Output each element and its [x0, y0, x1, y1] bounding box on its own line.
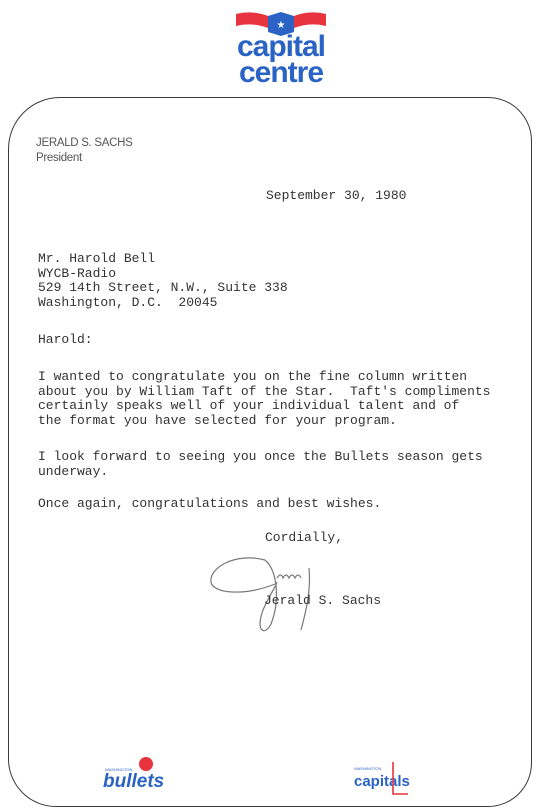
paragraph-line: I look forward to seeing you once the Bu…	[38, 450, 483, 465]
paragraph-line: about you by William Taft of the Star. T…	[38, 385, 490, 400]
paragraph-2: I look forward to seeing you once the Bu…	[38, 450, 483, 479]
recipient-address: Mr. Harold BellWYCB-Radio529 14th Street…	[38, 252, 288, 310]
svg-text:capitals: capitals	[354, 773, 410, 790]
bullets-logo: WASHINGTON bullets	[103, 756, 183, 795]
recipient-name: Mr. Harold Bell	[38, 252, 288, 267]
svg-text:WASHINGTON: WASHINGTON	[354, 766, 381, 771]
sender-block: JERALD S. SACHS President	[36, 136, 132, 166]
paragraph-3: Once again, congratulations and best wis…	[38, 497, 381, 512]
paragraph-1: I wanted to congratulate you on the fine…	[38, 370, 490, 428]
paragraph-line: I wanted to congratulate you on the fine…	[38, 370, 490, 385]
recipient-street: 529 14th Street, N.W., Suite 338	[38, 281, 288, 296]
recipient-city: Washington, D.C. 20045	[38, 296, 288, 311]
recipient-organization: WYCB-Radio	[38, 267, 288, 282]
sender-title: President	[36, 151, 132, 166]
capitals-logo: WASHINGTON capitals	[352, 762, 432, 807]
svg-text:bullets: bullets	[103, 771, 164, 790]
signature-name: Jerald S. Sachs	[264, 594, 381, 609]
capital-centre-logo: ★ capital centre	[222, 10, 340, 86]
closing: Cordially,	[265, 531, 343, 546]
paragraph-line: certainly speaks well of your individual…	[38, 399, 490, 414]
letter-date: September 30, 1980	[266, 189, 406, 204]
salutation: Harold:	[38, 333, 93, 348]
paragraph-line: Once again, congratulations and best wis…	[38, 497, 381, 512]
logo-line2: centre	[222, 60, 340, 86]
paragraph-line: underway.	[38, 465, 483, 480]
paragraph-line: the format you have selected for your pr…	[38, 414, 490, 429]
sender-name: JERALD S. SACHS	[36, 136, 132, 151]
